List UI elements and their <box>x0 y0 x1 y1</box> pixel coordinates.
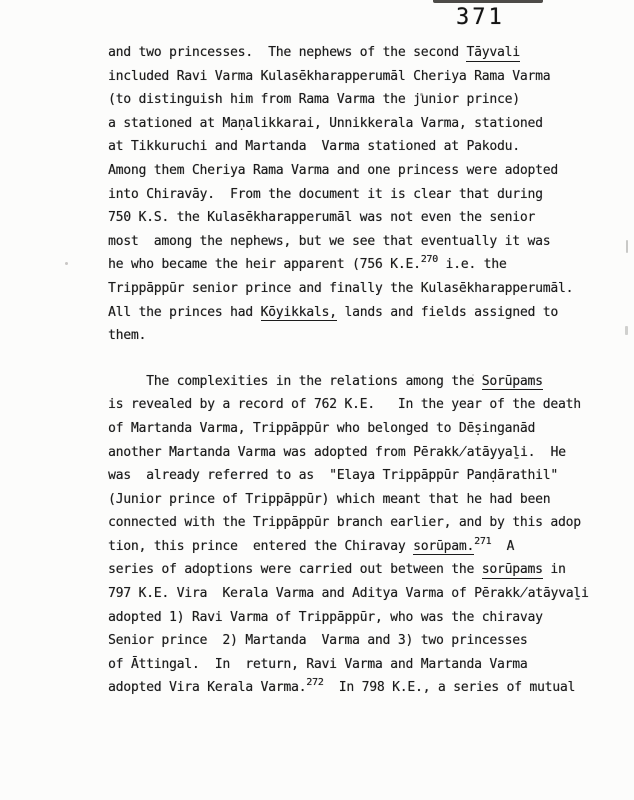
page-number: 371 <box>456 5 505 30</box>
paragraph: and two princesses. The nephews of the s… <box>108 41 608 348</box>
text-segment: adopted Vira Kerala Varma. <box>108 680 306 695</box>
scan-artifact-speck <box>65 262 68 265</box>
text-line: connected with the Trippāppūr branch ear… <box>108 511 608 535</box>
text-segment: series of adoptions were carried out bet… <box>108 562 482 577</box>
footnote-reference: 271 <box>474 536 491 547</box>
text-line: series of adoptions were carried out bet… <box>108 558 608 582</box>
text-line: another Martanda Varma was adopted from … <box>108 441 608 465</box>
text-segment: adopted 1) Ravi Varma of Trippāppūr, who… <box>108 610 543 625</box>
text-line: Senior prince 2) Martanda Varma and 3) t… <box>108 629 608 653</box>
text-line: 797 K.E. Vira Kerala Varma and Aditya Va… <box>108 582 608 606</box>
text-segment: i.e. the <box>438 257 507 272</box>
text-segment: connected with the Trippāppūr branch ear… <box>108 515 581 530</box>
text-segment: A <box>491 539 514 554</box>
text-line: of Āttingal. In return, Ravi Varma and M… <box>108 653 608 677</box>
footnote-reference: 270 <box>421 254 438 265</box>
text-segment: into Chiravāy. From the document it is c… <box>108 187 543 202</box>
text-segment: sorūpams <box>482 562 543 579</box>
document-page: 371 and two princesses. The nephews of t… <box>0 0 634 800</box>
text-line: Among them Cheriya Rama Varma and one pr… <box>108 159 608 183</box>
text-segment: another Martanda Varma was adopted from … <box>108 445 566 460</box>
text-segment: The complexities in the relations among … <box>108 374 482 389</box>
text-line: (to distinguish him from Rama Varma the … <box>108 88 608 112</box>
text-line: he who became the heir apparent (756 K.E… <box>108 253 608 277</box>
text-line: included Ravi Varma Kulasēkharapperumāl … <box>108 65 608 89</box>
text-segment: is revealed by a record of 762 K.E. In t… <box>108 397 581 412</box>
text-line: most among the nephews, but we see that … <box>108 230 608 254</box>
text-segment: most among the nephews, but we see that … <box>108 234 550 249</box>
text-segment: Sorūpams <box>482 374 543 391</box>
text-segment: (to distinguish him from Rama Varma the … <box>108 92 520 107</box>
page-body: and two princesses. The nephews of the s… <box>108 41 608 700</box>
text-line: was already referred to as "Elaya Trippā… <box>108 464 608 488</box>
text-segment: Kōyikkals, <box>261 305 337 322</box>
text-segment: All the princes had <box>108 305 261 320</box>
text-segment: Trippāppūr senior prince and finally the… <box>108 281 573 296</box>
text-segment: included Ravi Varma Kulasēkharapperumāl … <box>108 69 550 84</box>
text-segment: was already referred to as "Elaya Trippā… <box>108 468 558 483</box>
text-line: of Martanda Varma, Trippāppūr who belong… <box>108 417 608 441</box>
text-segment: Among them Cheriya Rama Varma and one pr… <box>108 163 558 178</box>
scan-artifact-right-tick <box>625 326 628 335</box>
text-segment: Tāyvali <box>466 45 519 62</box>
text-line: and two princesses. The nephews of the s… <box>108 41 608 65</box>
text-segment: Senior prince 2) Martanda Varma and 3) t… <box>108 633 527 648</box>
paragraph: The complexities in the relations among … <box>108 370 608 700</box>
text-line: 750 K.S. the Kulasēkharapperumāl was not… <box>108 206 608 230</box>
text-line: is revealed by a record of 762 K.E. In t… <box>108 393 608 417</box>
text-segment: (Junior prince of Trippāppūr) which mean… <box>108 492 550 507</box>
text-segment: at Tikkuruchi and Martanda Varma station… <box>108 139 520 154</box>
text-line: into Chiravāy. From the document it is c… <box>108 183 608 207</box>
text-segment: a stationed at Maṇalikkarai, Unnikkerala… <box>108 116 543 131</box>
text-line: adopted Vira Kerala Varma.272 In 798 K.E… <box>108 676 608 700</box>
text-segment: sorūpam. <box>413 539 474 556</box>
text-segment: he who became the heir apparent (756 K.E… <box>108 257 421 272</box>
text-line: a stationed at Maṇalikkarai, Unnikkerala… <box>108 112 608 136</box>
text-line: adopted 1) Ravi Varma of Trippāppūr, who… <box>108 606 608 630</box>
text-segment: 797 K.E. Vira Kerala Varma and Aditya Va… <box>108 586 589 601</box>
text-segment: and two princesses. The nephews of the s… <box>108 45 466 60</box>
footnote-reference: 272 <box>306 677 323 688</box>
text-line: All the princes had Kōyikkals, lands and… <box>108 301 608 325</box>
text-line: at Tikkuruchi and Martanda Varma station… <box>108 135 608 159</box>
text-segment: 750 K.S. the Kulasēkharapperumāl was not… <box>108 210 535 225</box>
text-segment: them. <box>108 328 146 343</box>
scan-artifact-right-tick <box>626 240 628 253</box>
text-segment: of Āttingal. In return, Ravi Varma and M… <box>108 657 527 672</box>
text-line: them. <box>108 324 608 348</box>
text-line: tion, this prince entered the Chiravay s… <box>108 535 608 559</box>
text-segment: tion, this prince entered the Chiravay <box>108 539 413 554</box>
text-line: The complexities in the relations among … <box>108 370 608 394</box>
scan-artifact-top-smudge <box>433 0 543 3</box>
text-segment: of Martanda Varma, Trippāppūr who belong… <box>108 421 535 436</box>
text-line: Trippāppūr senior prince and finally the… <box>108 277 608 301</box>
text-line: (Junior prince of Trippāppūr) which mean… <box>108 488 608 512</box>
text-segment: in <box>543 562 566 577</box>
text-segment: lands and fields assigned to <box>337 305 558 320</box>
text-segment: In 798 K.E., a series of mutual <box>323 680 575 695</box>
